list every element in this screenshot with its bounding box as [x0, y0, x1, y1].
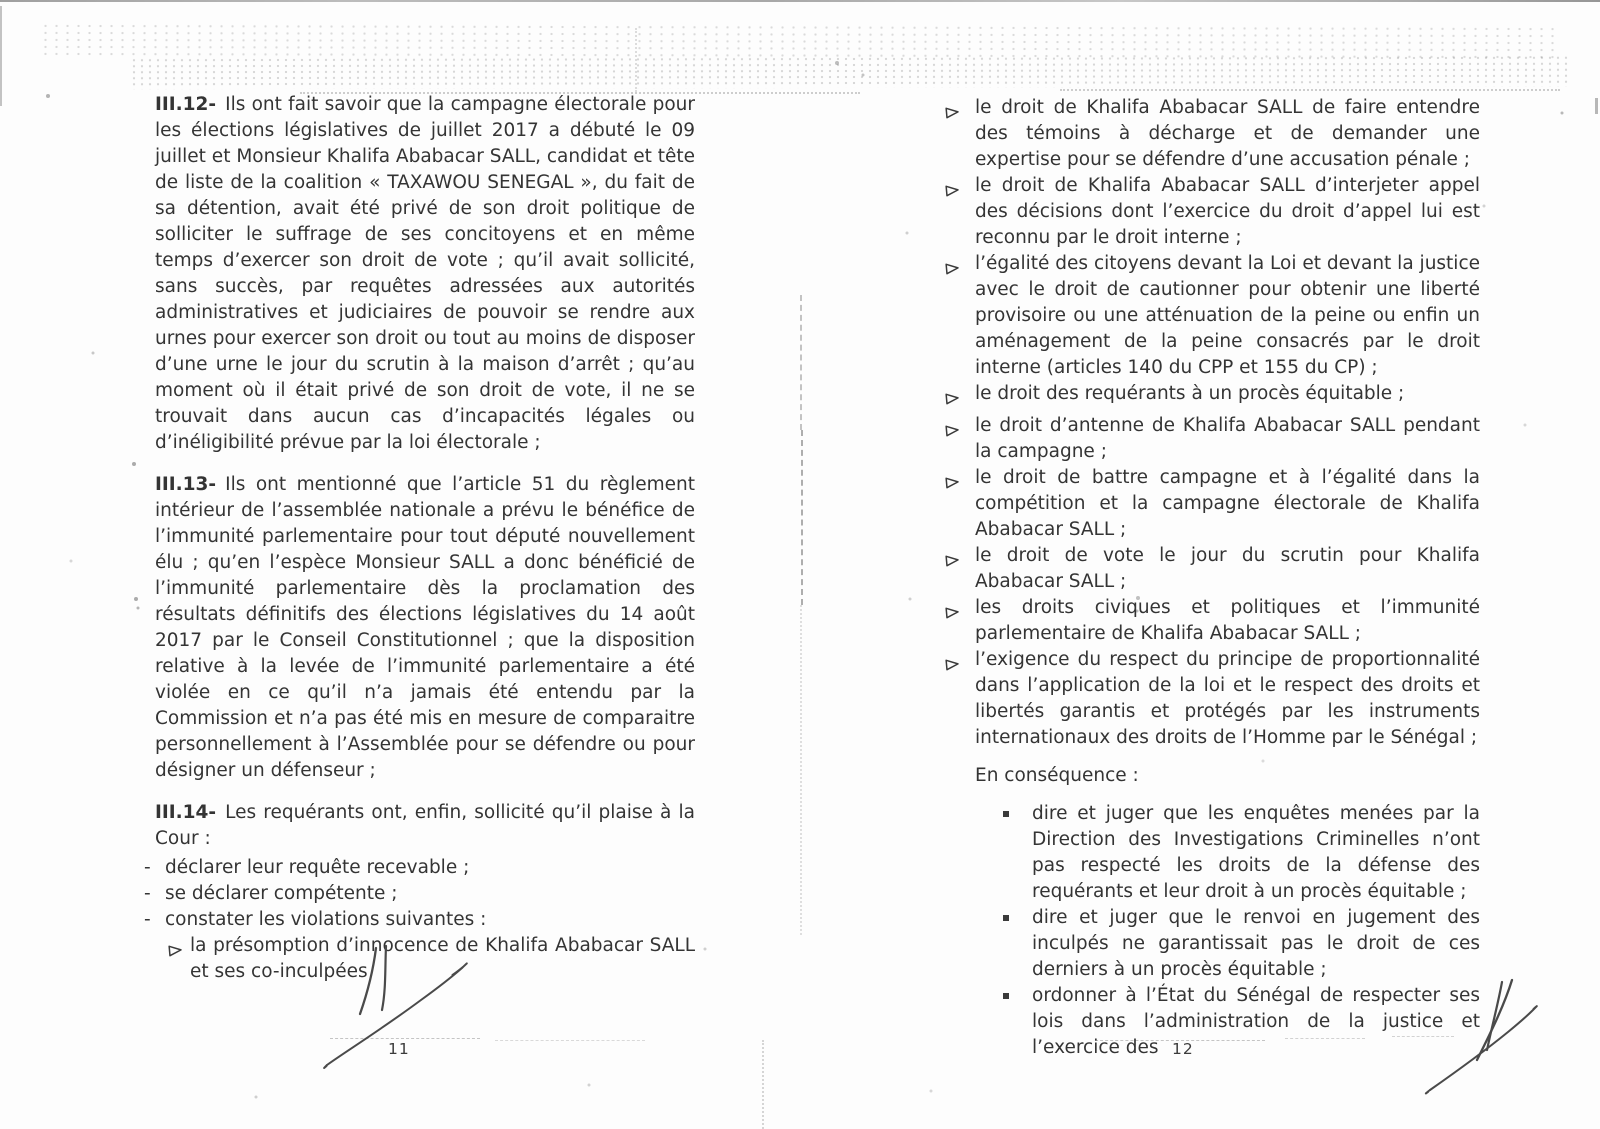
scan-noise-band — [40, 22, 1560, 61]
list-item-text: le droit de Khalifa Ababacar SALL de fai… — [975, 95, 1480, 173]
list-item-text: le droit des requérants à un procès équi… — [975, 381, 1480, 407]
paragraph-text: Ils ont fait savoir que la campagne élec… — [155, 94, 695, 453]
list-item-text: ordonner à l’État du Sénégal de respecte… — [1032, 983, 1480, 1061]
list-item-text: déclarer leur requête recevable ; — [165, 855, 695, 881]
dash-bullet-icon: - — [144, 855, 165, 881]
scan-top-edge — [0, 0, 1600, 2]
dash-bullet-icon: - — [144, 907, 165, 933]
paragraph-text: Ils ont mentionné que l’article 51 du rè… — [155, 474, 695, 781]
paragraph-iii-13: III.13-Ils ont mentionné que l’article 5… — [155, 472, 695, 784]
list-item-text: se déclarer compétente ; — [165, 881, 695, 907]
paragraph-iii-14: III.14-Les requérants ont, enfin, sollic… — [155, 800, 695, 852]
scan-left-edge — [0, 6, 2, 106]
list-item-text: l’exigence du respect du principe de pro… — [975, 647, 1480, 751]
list-item-text: le droit de vote le jour du scrutin pour… — [975, 543, 1480, 595]
arrow-bullet-icon — [945, 465, 975, 497]
list-item: le droit d’antenne de Khalifa Ababacar S… — [945, 413, 1480, 465]
page-fold-line — [635, 28, 637, 92]
arrow-bullet-icon — [945, 251, 975, 283]
square-bullet-icon — [1003, 801, 1032, 817]
list-item: le droit de Khalifa Ababacar SALL de fai… — [945, 95, 1480, 173]
list-item: le droit de Khalifa Ababacar SALL d’inte… — [945, 173, 1480, 251]
section-number: III.12- — [155, 94, 225, 115]
page-number-right: 12 — [1172, 1040, 1194, 1058]
signature-initials-left — [320, 938, 490, 1073]
page-fold-line — [762, 1040, 764, 1129]
list-item-text: l’égalité des citoyens devant la Loi et … — [975, 251, 1480, 381]
dash-bullet-icon: - — [144, 881, 165, 907]
list-item: le droit de vote le jour du scrutin pour… — [945, 543, 1480, 595]
arrow-bullet-icon — [945, 647, 975, 679]
page-fold-line — [800, 605, 802, 935]
scan-specks — [0, 0, 2, 2]
scan-noise-band — [130, 55, 1570, 90]
list-item: ordonner à l’État du Sénégal de respecte… — [1003, 983, 1480, 1061]
list-item-text: le droit de battre campagne et à l’égali… — [975, 465, 1480, 543]
list-item: l’exigence du respect du principe de pro… — [945, 647, 1480, 751]
scan-dashed-artifact — [495, 1040, 645, 1041]
arrow-bullet-icon — [945, 381, 975, 413]
subheading: En conséquence : — [975, 763, 1480, 789]
section-number: III.13- — [155, 474, 225, 495]
paragraph-iii-12: III.12-Ils ont fait savoir que la campag… — [155, 92, 695, 456]
scan-right-edge — [1595, 98, 1598, 114]
list-item: dire et juger que le renvoi en jugement … — [1003, 905, 1480, 983]
paragraph-text: Les requérants ont, enfin, sollicité qu’… — [155, 802, 695, 849]
arrow-bullet-icon — [168, 933, 190, 965]
section-number: III.14- — [155, 802, 225, 823]
list-item-text: dire et juger que le renvoi en jugement … — [1032, 905, 1480, 983]
list-item: le droit des requérants à un procès équi… — [945, 381, 1480, 413]
page-fold-line — [800, 295, 802, 430]
page-11: III.12-Ils ont fait savoir que la campag… — [155, 92, 695, 985]
list-item: - constater les violations suivantes : — [144, 907, 695, 933]
list-item: l’égalité des citoyens devant la Loi et … — [945, 251, 1480, 381]
list-item: - se déclarer compétente ; — [144, 881, 695, 907]
arrow-bullet-icon — [945, 413, 975, 445]
arrow-bullet-icon — [945, 95, 975, 127]
list-item: les droits civiques et politiques et l’i… — [945, 595, 1480, 647]
list-item-text: le droit d’antenne de Khalifa Ababacar S… — [975, 413, 1480, 465]
list-item-text: constater les violations suivantes : — [165, 907, 695, 933]
list-item: dire et juger que les enquêtes menées pa… — [1003, 801, 1480, 905]
list-item: - déclarer leur requête recevable ; — [144, 855, 695, 881]
arrow-bullet-icon — [945, 595, 975, 627]
signature-initials-right — [1415, 962, 1550, 1102]
list-item-text: les droits civiques et politiques et l’i… — [975, 595, 1480, 647]
list-item: le droit de battre campagne et à l’égali… — [945, 465, 1480, 543]
page-fold-line — [801, 430, 803, 605]
arrow-bullet-icon — [945, 173, 975, 205]
arrow-bullet-icon — [945, 543, 975, 575]
square-bullet-icon — [1003, 905, 1032, 921]
scan-dotted-artifact — [1060, 89, 1560, 91]
square-bullet-icon — [1003, 983, 1032, 999]
page-12: le droit de Khalifa Ababacar SALL de fai… — [945, 95, 1480, 1061]
list-item-text: dire et juger que les enquêtes menées pa… — [1032, 801, 1480, 905]
list-item-text: le droit de Khalifa Ababacar SALL d’inte… — [975, 173, 1480, 251]
